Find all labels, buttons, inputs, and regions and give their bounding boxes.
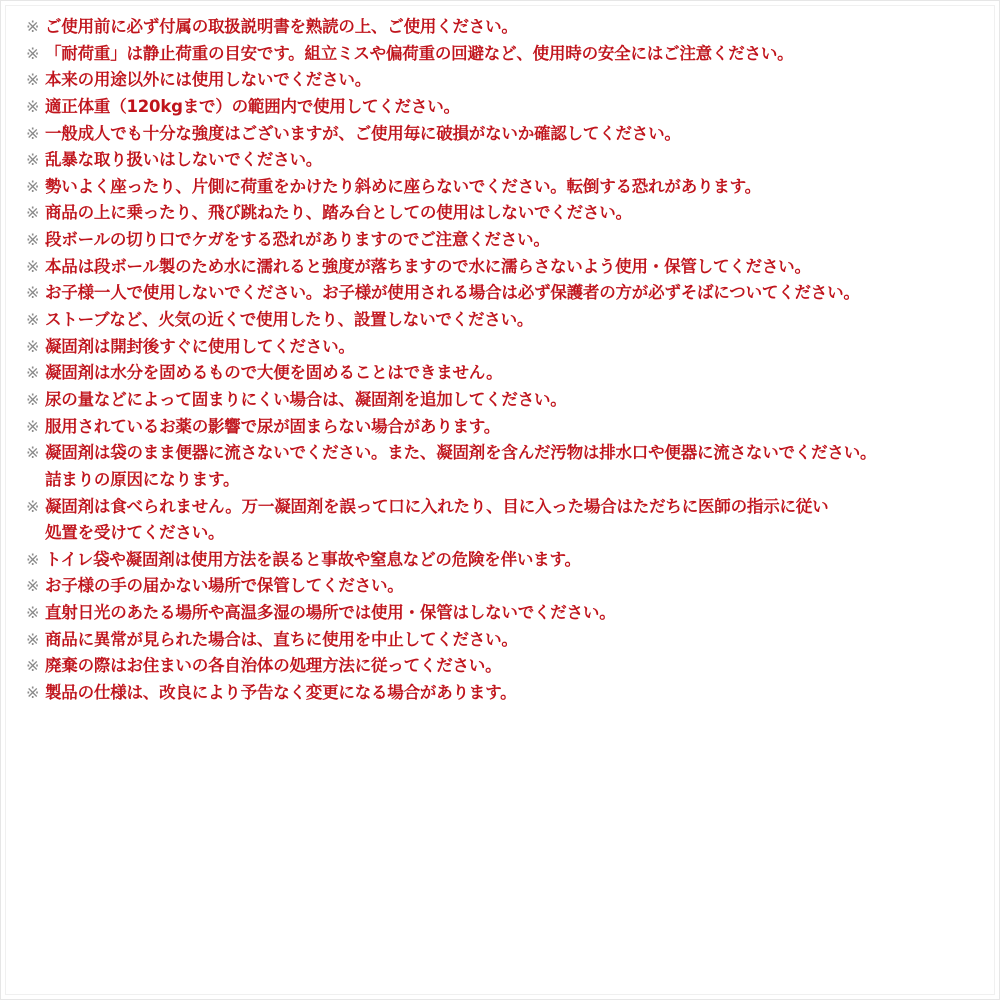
reference-mark-icon: ※ [26, 680, 45, 707]
notice-text: 詰まりの原因になります。 [45, 467, 239, 494]
notice-item: ※適正体重（120kgまで）の範囲内で使用してください。 [26, 94, 876, 121]
reference-mark-icon: ※ [26, 653, 45, 680]
notice-continuation: 処置を受けてください。 [26, 520, 876, 547]
reference-mark-icon: ※ [26, 147, 45, 174]
notice-text: お子様の手の届かない場所で保管してください。 [45, 573, 404, 600]
notice-item: ※本品は段ボール製のため水に濡れると強度が落ちますので水に濡らさないよう使用・保… [26, 254, 876, 281]
notice-item: ※商品に異常が見られた場合は、直ちに使用を中止してください。 [26, 627, 876, 654]
reference-mark-icon: ※ [26, 307, 45, 334]
reference-mark-icon: ※ [26, 174, 45, 201]
reference-mark-icon: ※ [26, 41, 45, 68]
notice-text: 廃棄の際はお住まいの各自治体の処理方法に従ってください。 [45, 653, 501, 680]
reference-mark-icon: ※ [26, 573, 45, 600]
notice-continuation: 詰まりの原因になります。 [26, 467, 876, 494]
notice-item: ※製品の仕様は、改良により予告なく変更になる場合があります。 [26, 680, 876, 707]
reference-mark-icon: ※ [26, 600, 45, 627]
reference-mark-icon: ※ [26, 494, 45, 521]
notice-item: ※勢いよく座ったり、片側に荷重をかけたり斜めに座らないでください。転倒する恐れが… [26, 174, 876, 201]
notice-text: 凝固剤は袋のまま便器に流さないでください。また、凝固剤を含んだ汚物は排水口や便器… [45, 440, 876, 467]
reference-mark-icon: ※ [26, 440, 45, 467]
reference-mark-icon: ※ [26, 227, 45, 254]
notice-text: 凝固剤は食べられません。万一凝固剤を誤って口に入れたり、目に入った場合はただちに… [45, 494, 828, 521]
notice-panel: ※ご使用前に必ず付属の取扱説明書を熟読の上、ご使用ください。 ※「耐荷重」は静止… [0, 0, 1000, 1000]
notice-text: トイレ袋や凝固剤は使用方法を誤ると事故や窒息などの危険を伴います。 [45, 547, 581, 574]
notice-item: ※服用されているお薬の影響で尿が固まらない場合があります。 [26, 414, 876, 441]
notice-text: 商品の上に乗ったり、飛び跳ねたり、踏み台としての使用はしないでください。 [45, 200, 632, 227]
notice-text: ご使用前に必ず付属の取扱説明書を熟読の上、ご使用ください。 [45, 14, 518, 41]
reference-mark-icon: ※ [26, 280, 45, 307]
notice-item: ※段ボールの切り口でケガをする恐れがありますのでご注意ください。 [26, 227, 876, 254]
notice-text: 本来の用途以外には使用しないでください。 [45, 67, 371, 94]
notice-text: 「耐荷重」は静止荷重の目安です。組立ミスや偏荷重の回避など、使用時の安全にはご注… [45, 41, 793, 68]
notice-text: 直射日光のあたる場所や高温多湿の場所では使用・保管はしないでください。 [45, 600, 616, 627]
reference-mark-icon: ※ [26, 14, 45, 41]
notice-item: ※トイレ袋や凝固剤は使用方法を誤ると事故や窒息などの危険を伴います。 [26, 547, 876, 574]
notice-text: 凝固剤は開封後すぐに使用してください。 [45, 334, 355, 361]
notice-item: ※本来の用途以外には使用しないでください。 [26, 67, 876, 94]
notice-text: 処置を受けてください。 [45, 520, 224, 547]
notice-text: 勢いよく座ったり、片側に荷重をかけたり斜めに座らないでください。転倒する恐れがあ… [45, 174, 761, 201]
reference-mark-icon: ※ [26, 94, 45, 121]
reference-mark-icon: ※ [26, 547, 45, 574]
notice-item: ※お子様一人で使用しないでください。お子様が使用される場合は必ず保護者の方が必ず… [26, 280, 876, 307]
reference-mark-icon: ※ [26, 387, 45, 414]
notice-item: ※乱暴な取り扱いはしないでください。 [26, 147, 876, 174]
notice-item: ※直射日光のあたる場所や高温多湿の場所では使用・保管はしないでください。 [26, 600, 876, 627]
notice-item: ※お子様の手の届かない場所で保管してください。 [26, 573, 876, 600]
notice-text: 製品の仕様は、改良により予告なく変更になる場合があります。 [45, 680, 516, 707]
notice-text: 乱暴な取り扱いはしないでください。 [45, 147, 322, 174]
notice-text: 適正体重（120kgまで）の範囲内で使用してください。 [45, 94, 460, 121]
notice-item: ※凝固剤は袋のまま便器に流さないでください。また、凝固剤を含んだ汚物は排水口や便… [26, 440, 876, 467]
notice-item: ※ストーブなど、火気の近くで使用したり、設置しないでください。 [26, 307, 876, 334]
reference-mark-icon: ※ [26, 200, 45, 227]
caution-list: ※ご使用前に必ず付属の取扱説明書を熟読の上、ご使用ください。 ※「耐荷重」は静止… [26, 14, 876, 707]
reference-mark-icon: ※ [26, 414, 45, 441]
reference-mark-icon: ※ [26, 67, 45, 94]
notice-item: ※凝固剤は水分を固めるもので大便を固めることはできません。 [26, 360, 876, 387]
notice-item: ※廃棄の際はお住まいの各自治体の処理方法に従ってください。 [26, 653, 876, 680]
notice-text: 商品に異常が見られた場合は、直ちに使用を中止してください。 [45, 627, 518, 654]
notice-item: ※尿の量などによって固まりにくい場合は、凝固剤を追加してください。 [26, 387, 876, 414]
notice-text: 一般成人でも十分な強度はございますが、ご使用毎に破損がないか確認してください。 [45, 121, 681, 148]
reference-mark-icon: ※ [26, 627, 45, 654]
reference-mark-icon: ※ [26, 360, 45, 387]
notice-text: お子様一人で使用しないでください。お子様が使用される場合は必ず保護者の方が必ずそ… [45, 280, 860, 307]
notice-item: ※ご使用前に必ず付属の取扱説明書を熟読の上、ご使用ください。 [26, 14, 876, 41]
notice-text: ストーブなど、火気の近くで使用したり、設置しないでください。 [45, 307, 533, 334]
notice-item: ※凝固剤は開封後すぐに使用してください。 [26, 334, 876, 361]
notice-text: 段ボールの切り口でケガをする恐れがありますのでご注意ください。 [45, 227, 550, 254]
notice-text: 凝固剤は水分を固めるもので大便を固めることはできません。 [45, 360, 502, 387]
notice-item: ※「耐荷重」は静止荷重の目安です。組立ミスや偏荷重の回避など、使用時の安全にはご… [26, 41, 876, 68]
reference-mark-icon: ※ [26, 334, 45, 361]
reference-mark-icon: ※ [26, 254, 45, 281]
notice-item: ※一般成人でも十分な強度はございますが、ご使用毎に破損がないか確認してください。 [26, 121, 876, 148]
notice-text: 尿の量などによって固まりにくい場合は、凝固剤を追加してください。 [45, 387, 567, 414]
reference-mark-icon: ※ [26, 121, 45, 148]
notice-text: 本品は段ボール製のため水に濡れると強度が落ちますので水に濡らさないよう使用・保管… [45, 254, 811, 281]
notice-text: 服用されているお薬の影響で尿が固まらない場合があります。 [45, 414, 500, 441]
notice-item: ※商品の上に乗ったり、飛び跳ねたり、踏み台としての使用はしないでください。 [26, 200, 876, 227]
notice-item: ※凝固剤は食べられません。万一凝固剤を誤って口に入れたり、目に入った場合はただち… [26, 494, 876, 521]
